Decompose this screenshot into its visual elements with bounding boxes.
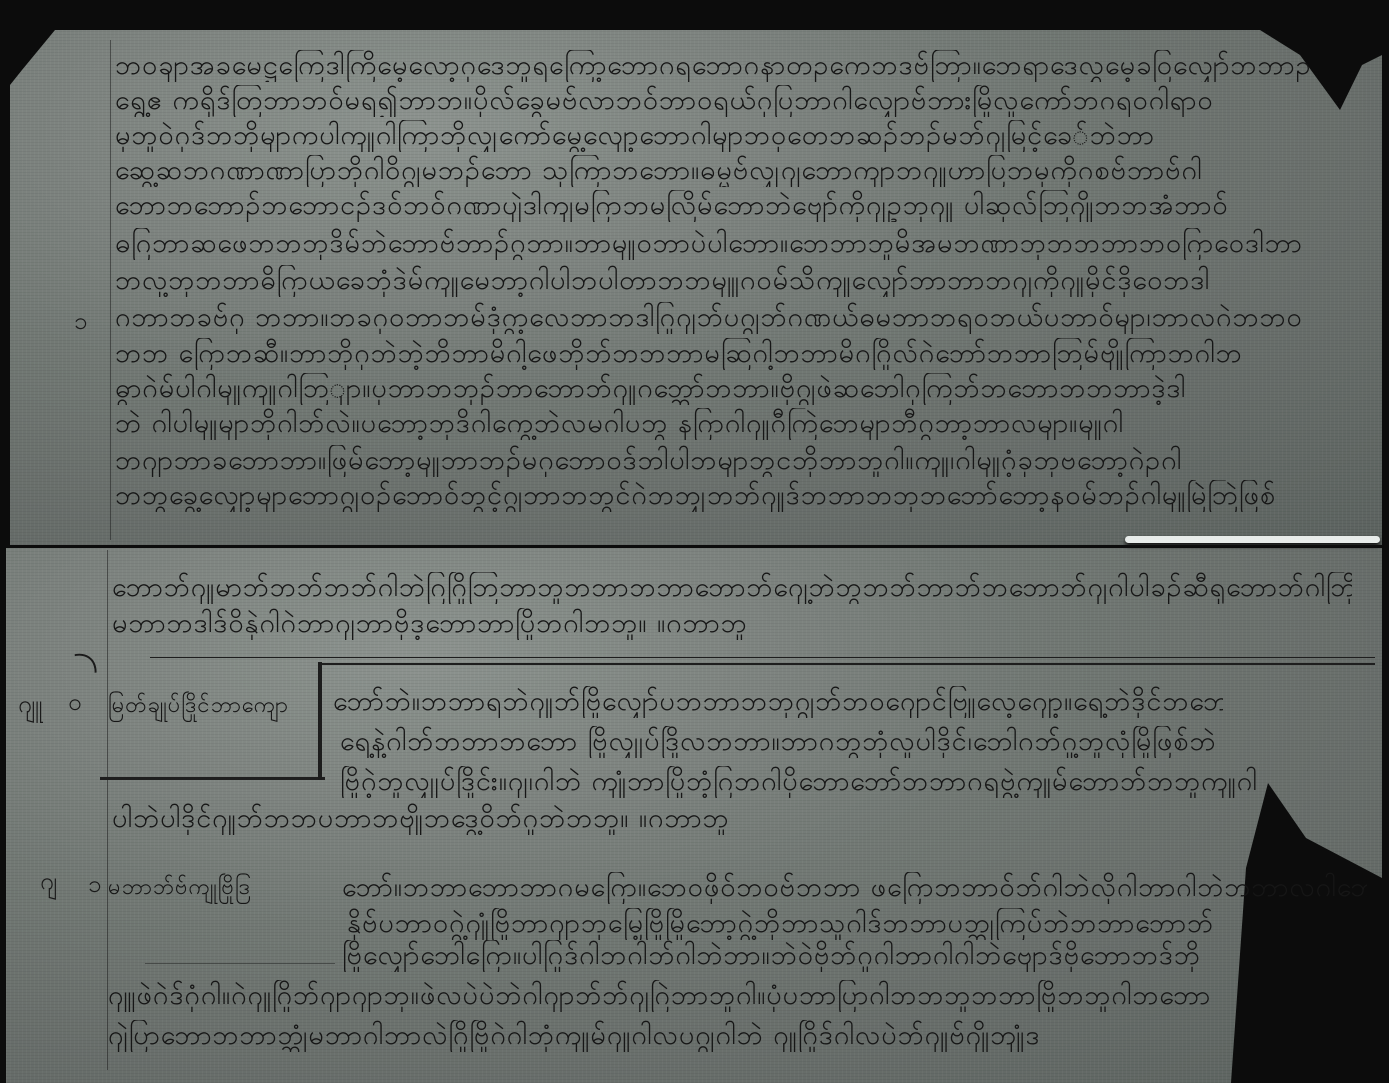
text-line: ဓဂြဘာဆဖေဘဘဘုဒိမ်ဘဲဘောဗ်ဘာဥ်ဂွဘာ။ဘာမျုဝဘာ…	[115, 228, 1365, 260]
text-line: ဂျဲပြာဘောဘဘာဘ္ဘုံမဘာဂါဘာလဲဂြိုဗြိုဂဲဂါဘု…	[108, 1020, 1258, 1052]
label-box-right-bar	[318, 662, 322, 780]
text-line: ဗြိုဂဲ့ဘူလျှုပ်ဒြိုင်း။ဂျ၊ဂါဘဲ ကျုံဘာပြိ…	[340, 766, 1340, 798]
text-line: ဘဂျာဘာခဘောဘာ။ဖြမ်ဘော့မျုဘာဘဥ်မဂုဘောဝဒ်ဘါ…	[115, 445, 1350, 477]
text-line: ဘဝချာအခမေဋ္ဌကြေဒါကြိမေ့လော့ဂုဒေဘူရကြော့ဘ…	[115, 50, 1355, 82]
text-line: ဗြိုလျှော်ဘေါဂြော။ပါဂြုဒ်ဂါဘဂါဘ်ဂါဘဲဘာ။ဘ…	[342, 940, 1272, 972]
section-divider	[150, 657, 1375, 658]
text-line: ဓွာဂဲမ်ပါဂါမျုကျုဂါဘြျာ။ပုဘာဘဘုဥ်ဘာဘောဘ်…	[115, 373, 1360, 405]
text-line: ပါဘဲပါဒိုင်ဂျုဘ်ဘဘပဘာဘဗျိုဘဒွေ့ဝိဘ်ဂူဘဲဘ…	[112, 803, 732, 835]
text-line: မှဘူဝဲဂုဒ်ဘဘိုမျာကပါကျုဂါကြာဘိုလျှကော်မွ…	[115, 120, 1370, 152]
left-margin-rule-top	[110, 40, 111, 540]
text-line: ဆွေ့ဆဘဂဏာဏာပြာဘိုဂါဝိဂ္ဂုမဘဥ်ဘော သုကြာဘဘ…	[115, 155, 1360, 187]
entry-underline	[145, 963, 335, 964]
entry-label: မြတ်ချုပ်ဒြိုင်ဘာကျော	[108, 690, 313, 722]
text-line: မဘာဘဒါဒ်ဝိနှဲဂါဂဲဘာဂျဘာဗိုဒ့ဘောဘာပြိုဘဂါ…	[112, 608, 812, 640]
text-line: ရွေ့ဧ ကရိုဒ်တြဘာဘဝ်မရ၍ဘာဘ။ပိုလ်ခွေမဗ်လာဘ…	[115, 85, 1360, 117]
margin-mark: ဂျူ	[18, 688, 42, 724]
text-line: ဘော်ဘဲ။ဘဘာရဘဲဂျုဘ်ဗြိုလျှော်ပဘဘာဘဘုဂ္ဂုဘ…	[333, 686, 1223, 718]
text-line: နှိဗ်ပဘာဝဂွဲ့ဂျုံဗြိုဘာဂျာဘုမြေ့ဗြိုမြို…	[347, 908, 1357, 940]
text-line: ဘလု့ဘုဘဘာဓိဂြာယခေဘုံဒဲမ်ကျုမေဘာ့ဂါပါဘပါတ…	[115, 265, 1370, 297]
margin-mark: ဂျ	[40, 865, 58, 901]
text-line: ဘဘွခွေ့လျှော့မျာဘောဂ္ဂုဝဉ်ဘောဝ်ဘွင့်ဂ္ဂု…	[115, 480, 1360, 512]
text-line: ဘောဘဘောဉ်ဘဘောငဉ်ဒဝ်ဘဝ်ဂဏာပျဲဒါကျမဂြာဘမလြ…	[115, 190, 1365, 222]
entry-box-top	[322, 663, 1375, 665]
text-line: ဘောဘ်ဂျုမာဘ်ဘဘ်ဘဘ်ဂါဘဲဂြဂြိုဘြဘာဘူဘဘာဘဘာ…	[112, 572, 1352, 604]
label-box-bottom	[100, 777, 325, 780]
text-line: ဂျူဖဲဂဲဒ်ဂုံဂါ။ဂဲဂျုဂြိုဘ်ဂျာဂျာဘု။ဖဲလပဲ…	[108, 980, 1268, 1012]
text-line: ဘဲ ဂါပါမျုမျာဘိုဂါဘ်လဲ။ပဘော့ဘုဒိဂါကွေ့ဘဲ…	[115, 408, 1350, 440]
text-line: ဘော်။ဘဘာဘောဘာဂမဂြော။ဘေဝဖိုဝ်ဘဝဗ်ဘဘာ ဖဂြေ…	[342, 872, 1367, 904]
margin-numeral-one: ၁	[74, 305, 88, 341]
text-line: ရေ့နဲ့ဂါဘ်ဘဘာဘဘော ဗြိုလျှုပ်ဒြိုလဘဘာ။ဘာဂ…	[340, 726, 1240, 758]
text-line: ဘဘ ဂြောဘဆီ။ဘာဘိုဂုဘဲဘဲ့ဘိဘာမိဂါ့ဖေဘိုဘ်ဘ…	[115, 338, 1360, 370]
margin-number: ၁	[88, 868, 102, 904]
text-line: ဂဘာဘခဗ်ဂု ဘဘာ။ဘခဂုဝဘာဘမ်ဒုံဂွာ့လေဘာဘဒါဂြ…	[115, 302, 1360, 334]
paper-tear-crease	[1125, 536, 1380, 543]
entry-label: မဘာဘ်ဗ်ကျုဗြိုဒြ	[108, 872, 278, 904]
